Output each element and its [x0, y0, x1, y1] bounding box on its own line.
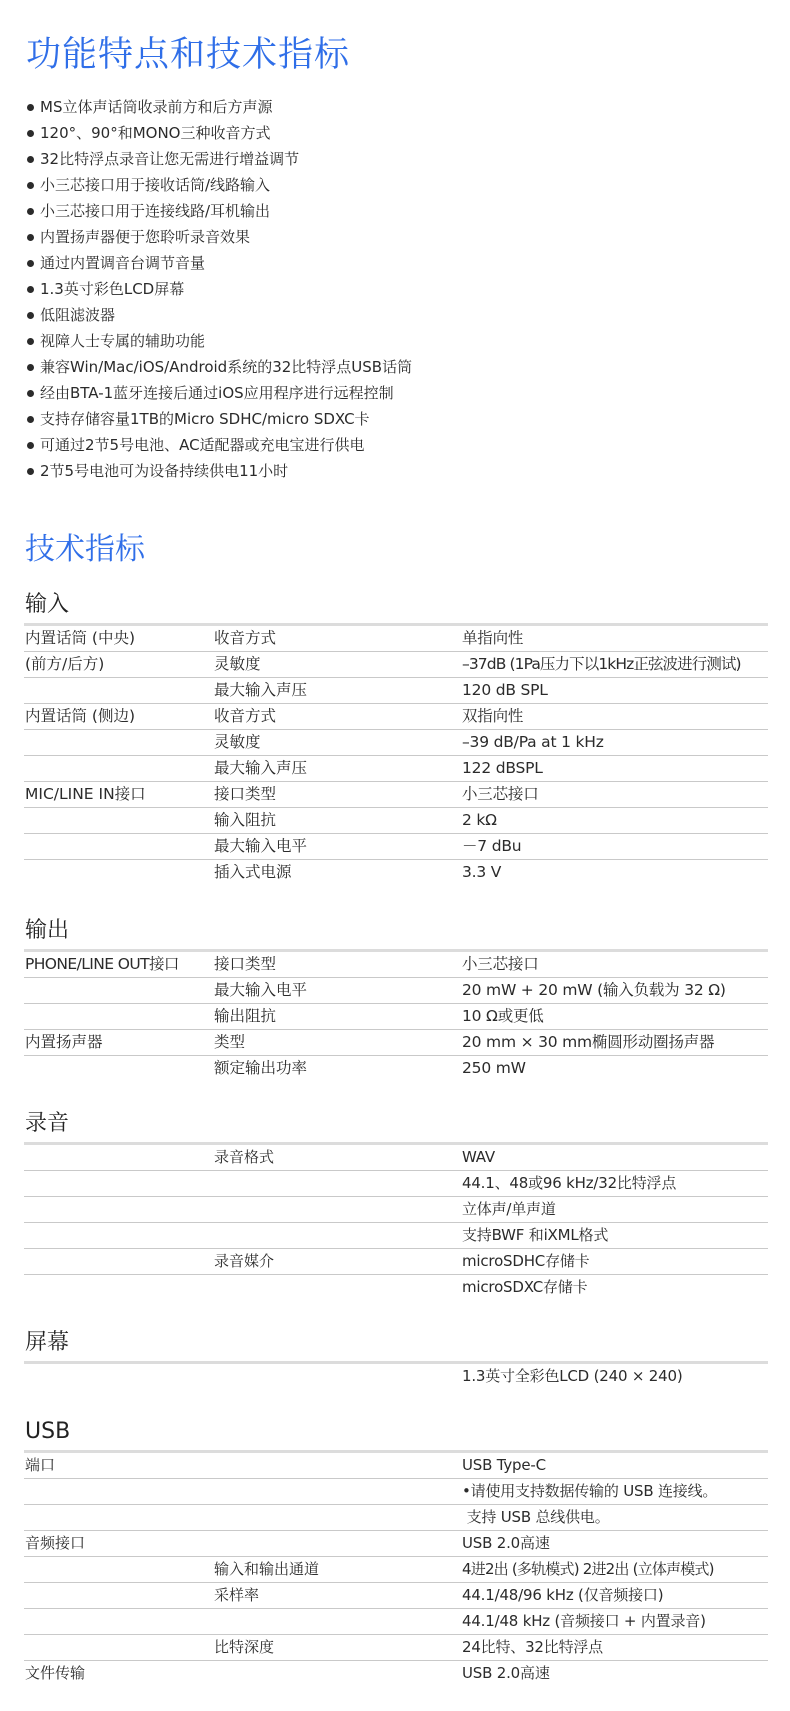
- table-row: 44.1/48 kHz (音频接口 + 内置录音): [24, 1609, 768, 1635]
- bullet-icon: [27, 364, 34, 371]
- table-row: 最大输入电平－7 dBu: [24, 834, 768, 860]
- bullet-icon: [27, 260, 34, 267]
- feature-item: 兼容Win/Mac/iOS/Android系统的32比特浮点USB话筒: [24, 354, 412, 380]
- spec-section-input: 输入 内置话筒 (中央)收音方式单指向性 (前方/后方)灵敏度–37dB (1P…: [24, 589, 768, 885]
- table-row: •请使用支持数据传输的 USB 连接线。: [24, 1479, 768, 1505]
- feature-item: 低阻滤波器: [24, 302, 412, 328]
- feature-item: 通过内置调音台调节音量: [24, 250, 412, 276]
- feature-item: 1.3英寸彩色LCD屏幕: [24, 276, 412, 302]
- bullet-icon: [27, 130, 34, 137]
- table-row: 内置话筒 (侧边)收音方式双指向性: [24, 704, 768, 730]
- feature-item: 2节5号电池可为设备持续供电11小时: [24, 458, 412, 484]
- table-row: 灵敏度–39 dB/Pa at 1 kHz: [24, 730, 768, 756]
- table-row: 录音媒介microSDHC存储卡: [24, 1249, 768, 1275]
- bullet-icon: [27, 208, 34, 215]
- table-row: 比特深度24比特、32比特浮点: [24, 1635, 768, 1661]
- table-row: 输入阻抗2 kΩ: [24, 808, 768, 834]
- feature-list: MS立体声话筒收录前方和后方声源 120°、90°和MONO三种收音方式 32比…: [24, 94, 412, 484]
- spec-section-usb: USB 端口USB Type-C •请使用支持数据传输的 USB 连接线。 支持…: [24, 1416, 768, 1686]
- table-row: 支持BWF 和iXML格式: [24, 1223, 768, 1249]
- table-row: 录音格式WAV: [24, 1145, 768, 1171]
- table-row: 1.3英寸全彩色LCD (240 × 240): [24, 1364, 768, 1389]
- table-row: 内置扬声器类型20 mm × 30 mm椭圆形动圈扬声器: [24, 1030, 768, 1056]
- bullet-icon: [27, 442, 34, 449]
- table-row: 内置话筒 (中央)收音方式单指向性: [24, 626, 768, 652]
- table-row: 文件传输USB 2.0高速: [24, 1661, 768, 1686]
- spec-table: 端口USB Type-C •请使用支持数据传输的 USB 连接线。 支持 USB…: [24, 1453, 768, 1686]
- table-row: 输入和输出通道4进2出 (多轨模式) 2进2出 (立体声模式): [24, 1557, 768, 1583]
- feature-item: 内置扬声器便于您聆听录音效果: [24, 224, 412, 250]
- table-row: 立体声/单声道: [24, 1197, 768, 1223]
- table-row: 插入式电源3.3 V: [24, 860, 768, 885]
- feature-item: 小三芯接口用于接收话筒/线路输入: [24, 172, 412, 198]
- bullet-icon: [27, 468, 34, 475]
- bullet-icon: [27, 156, 34, 163]
- table-row: 采样率44.1/48/96 kHz (仅音频接口): [24, 1583, 768, 1609]
- bullet-icon: [27, 286, 34, 293]
- page-title: 功能特点和技术指标: [26, 30, 350, 80]
- spec-table: 录音格式WAV 44.1、48或96 kHz/32比特浮点 立体声/单声道 支持…: [24, 1145, 768, 1300]
- table-row: 端口USB Type-C: [24, 1453, 768, 1479]
- bullet-icon: [27, 416, 34, 423]
- section-heading: 输入: [24, 589, 768, 621]
- feature-item: MS立体声话筒收录前方和后方声源: [24, 94, 412, 120]
- spec-section-output: 输出 PHONE/LINE OUT接口接口类型小三芯接口 最大输入电平20 mW…: [24, 915, 768, 1081]
- table-row: 输出阻抗10 Ω或更低: [24, 1004, 768, 1030]
- feature-item: 32比特浮点录音让您无需进行增益调节: [24, 146, 412, 172]
- bullet-icon: [27, 182, 34, 189]
- table-row: PHONE/LINE OUT接口接口类型小三芯接口: [24, 952, 768, 978]
- spec-table: 1.3英寸全彩色LCD (240 × 240): [24, 1364, 768, 1389]
- spec-table: 内置话筒 (中央)收音方式单指向性 (前方/后方)灵敏度–37dB (1Pa压力…: [24, 626, 768, 885]
- feature-item: 小三芯接口用于连接线路/耳机输出: [24, 198, 412, 224]
- specs-title: 技术指标: [25, 528, 145, 572]
- spec-table: PHONE/LINE OUT接口接口类型小三芯接口 最大输入电平20 mW + …: [24, 952, 768, 1081]
- bullet-icon: [27, 390, 34, 397]
- section-heading: 录音: [24, 1108, 768, 1140]
- table-row: MIC/LINE IN接口接口类型小三芯接口: [24, 782, 768, 808]
- bullet-icon: [27, 338, 34, 345]
- spec-section-recording: 录音 录音格式WAV 44.1、48或96 kHz/32比特浮点 立体声/单声道…: [24, 1108, 768, 1300]
- table-row: 最大输入声压122 dBSPL: [24, 756, 768, 782]
- feature-item: 视障人士专属的辅助功能: [24, 328, 412, 354]
- bullet-icon: [27, 104, 34, 111]
- table-row: 44.1、48或96 kHz/32比特浮点: [24, 1171, 768, 1197]
- feature-item: 经由BTA-1蓝牙连接后通过iOS应用程序进行远程控制: [24, 380, 412, 406]
- table-row: microSDXC存储卡: [24, 1275, 768, 1300]
- table-row: 额定输出功率250 mW: [24, 1056, 768, 1081]
- feature-item: 120°、90°和MONO三种收音方式: [24, 120, 412, 146]
- table-row: (前方/后方)灵敏度–37dB (1Pa压力下以1kHz正弦波进行测试): [24, 652, 768, 678]
- section-heading: 输出: [24, 915, 768, 947]
- section-heading: USB: [24, 1416, 768, 1448]
- spec-section-display: 屏幕 1.3英寸全彩色LCD (240 × 240): [24, 1327, 768, 1389]
- feature-item: 可通过2节5号电池、AC适配器或充电宝进行供电: [24, 432, 412, 458]
- feature-item: 支持存储容量1TB的Micro SDHC/micro SDXC卡: [24, 406, 412, 432]
- bullet-icon: [27, 312, 34, 319]
- table-row: 最大输入电平20 mW + 20 mW (输入负载为 32 Ω): [24, 978, 768, 1004]
- table-row: 支持 USB 总线供电。: [24, 1505, 768, 1531]
- bullet-icon: [27, 234, 34, 241]
- section-heading: 屏幕: [24, 1327, 768, 1359]
- table-row: 音频接口USB 2.0高速: [24, 1531, 768, 1557]
- table-row: 最大输入声压120 dB SPL: [24, 678, 768, 704]
